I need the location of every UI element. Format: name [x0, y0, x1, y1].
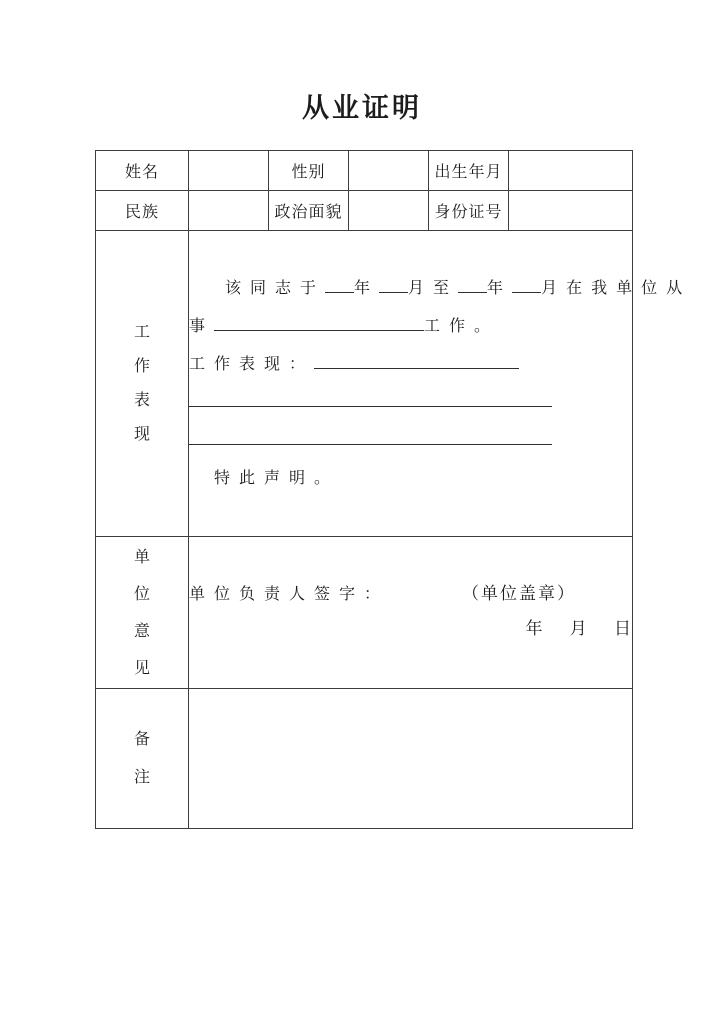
info-row-1: 姓名 性别 出生年月: [96, 151, 633, 191]
signature-line: 单位负责人签字： （单位盖章）: [189, 578, 632, 611]
fill-in-blank-month-to: [512, 278, 541, 293]
unit-seal-label: （单位盖章）: [462, 578, 576, 610]
fill-in-blank-job: [214, 316, 424, 331]
gender-value-cell: [349, 151, 429, 191]
sentence-text: 月在我单位从: [541, 280, 691, 297]
fill-in-blank-performance-1: [314, 354, 519, 369]
sentence-text: 工作。: [424, 318, 499, 335]
performance-line: 工作表现：: [189, 346, 632, 384]
birth-date-label: 出生年月: [429, 151, 509, 191]
ethnicity-label: 民族: [96, 191, 189, 231]
info-row-2: 民族 政治面貌 身份证号: [96, 191, 633, 231]
ethnicity-value-cell: [189, 191, 269, 231]
certificate-form-table: 姓名 性别 出生年月 民族 政治面貌 身份证号 工 作 表 现 该同志于年月至年…: [95, 150, 633, 829]
fill-in-blank-year-from: [325, 278, 354, 293]
birth-date-value-cell: [509, 151, 633, 191]
blank-line-row: [189, 384, 632, 422]
fill-in-blank-year-to: [458, 278, 487, 293]
fill-in-blank-performance-3: [189, 430, 552, 445]
remarks-content: [189, 689, 633, 829]
unit-opinion-section-label: 单 位 意 见: [96, 537, 189, 689]
performance-label: 工作表现：: [189, 356, 314, 373]
unit-signature-label: 单位负责人签字：: [189, 579, 389, 611]
blank-line-row: [189, 422, 632, 460]
political-status-value-cell: [349, 191, 429, 231]
political-status-label: 政治面貌: [269, 191, 349, 231]
work-performance-content: 该同志于年月至年月在我单位从 事工作。 工作表现： 特此声明。: [189, 231, 633, 537]
name-value-cell: [189, 151, 269, 191]
sentence-text: 年: [354, 280, 379, 297]
fill-in-blank-month-from: [379, 278, 408, 293]
declaration-line: 特此声明。: [189, 460, 632, 498]
date-line: 年 月 日: [189, 611, 632, 647]
document-title: 从业证明: [0, 86, 724, 125]
gender-label: 性别: [269, 151, 349, 191]
name-label: 姓名: [96, 151, 189, 191]
unit-opinion-content: 单位负责人签字： （单位盖章） 年 月 日: [189, 537, 633, 689]
work-performance-row: 工 作 表 现 该同志于年月至年月在我单位从 事工作。 工作表现： 特此声明。: [96, 231, 633, 537]
document-page: 从业证明 姓名 性别 出生年月 民族 政治面貌 身份证号 工 作 表 现 该同志…: [0, 0, 724, 1024]
id-number-label: 身份证号: [429, 191, 509, 231]
id-number-value-cell: [509, 191, 633, 231]
remarks-row: 备 注: [96, 689, 633, 829]
work-performance-section-label: 工 作 表 现: [96, 231, 189, 537]
sentence-text: 该同志于: [225, 280, 325, 297]
unit-opinion-row: 单 位 意 见 单位负责人签字： （单位盖章） 年 月 日: [96, 537, 633, 689]
sentence-text: 年: [487, 280, 512, 297]
remarks-section-label: 备 注: [96, 689, 189, 829]
work-sentence-line-2: 事工作。: [189, 308, 632, 346]
sentence-text: 月至: [408, 280, 458, 297]
sentence-text: 事: [189, 318, 214, 335]
declaration-text: 特此声明。: [214, 470, 339, 487]
work-sentence-line-1: 该同志于年月至年月在我单位从: [189, 270, 632, 308]
fill-in-blank-performance-2: [189, 392, 552, 407]
